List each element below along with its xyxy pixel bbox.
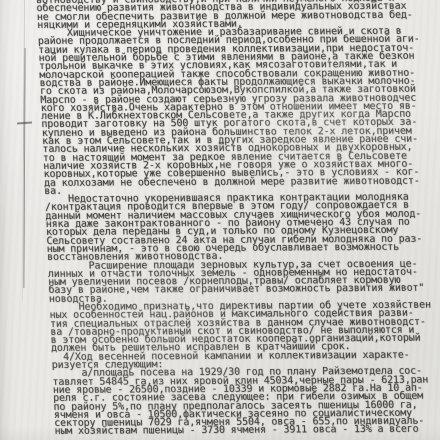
text-line: да колхозами не обеспечено в должной мер… bbox=[44, 177, 440, 188]
typewritten-text-block: вотноводству и свиноводству,и при наличи… bbox=[36, 0, 440, 437]
